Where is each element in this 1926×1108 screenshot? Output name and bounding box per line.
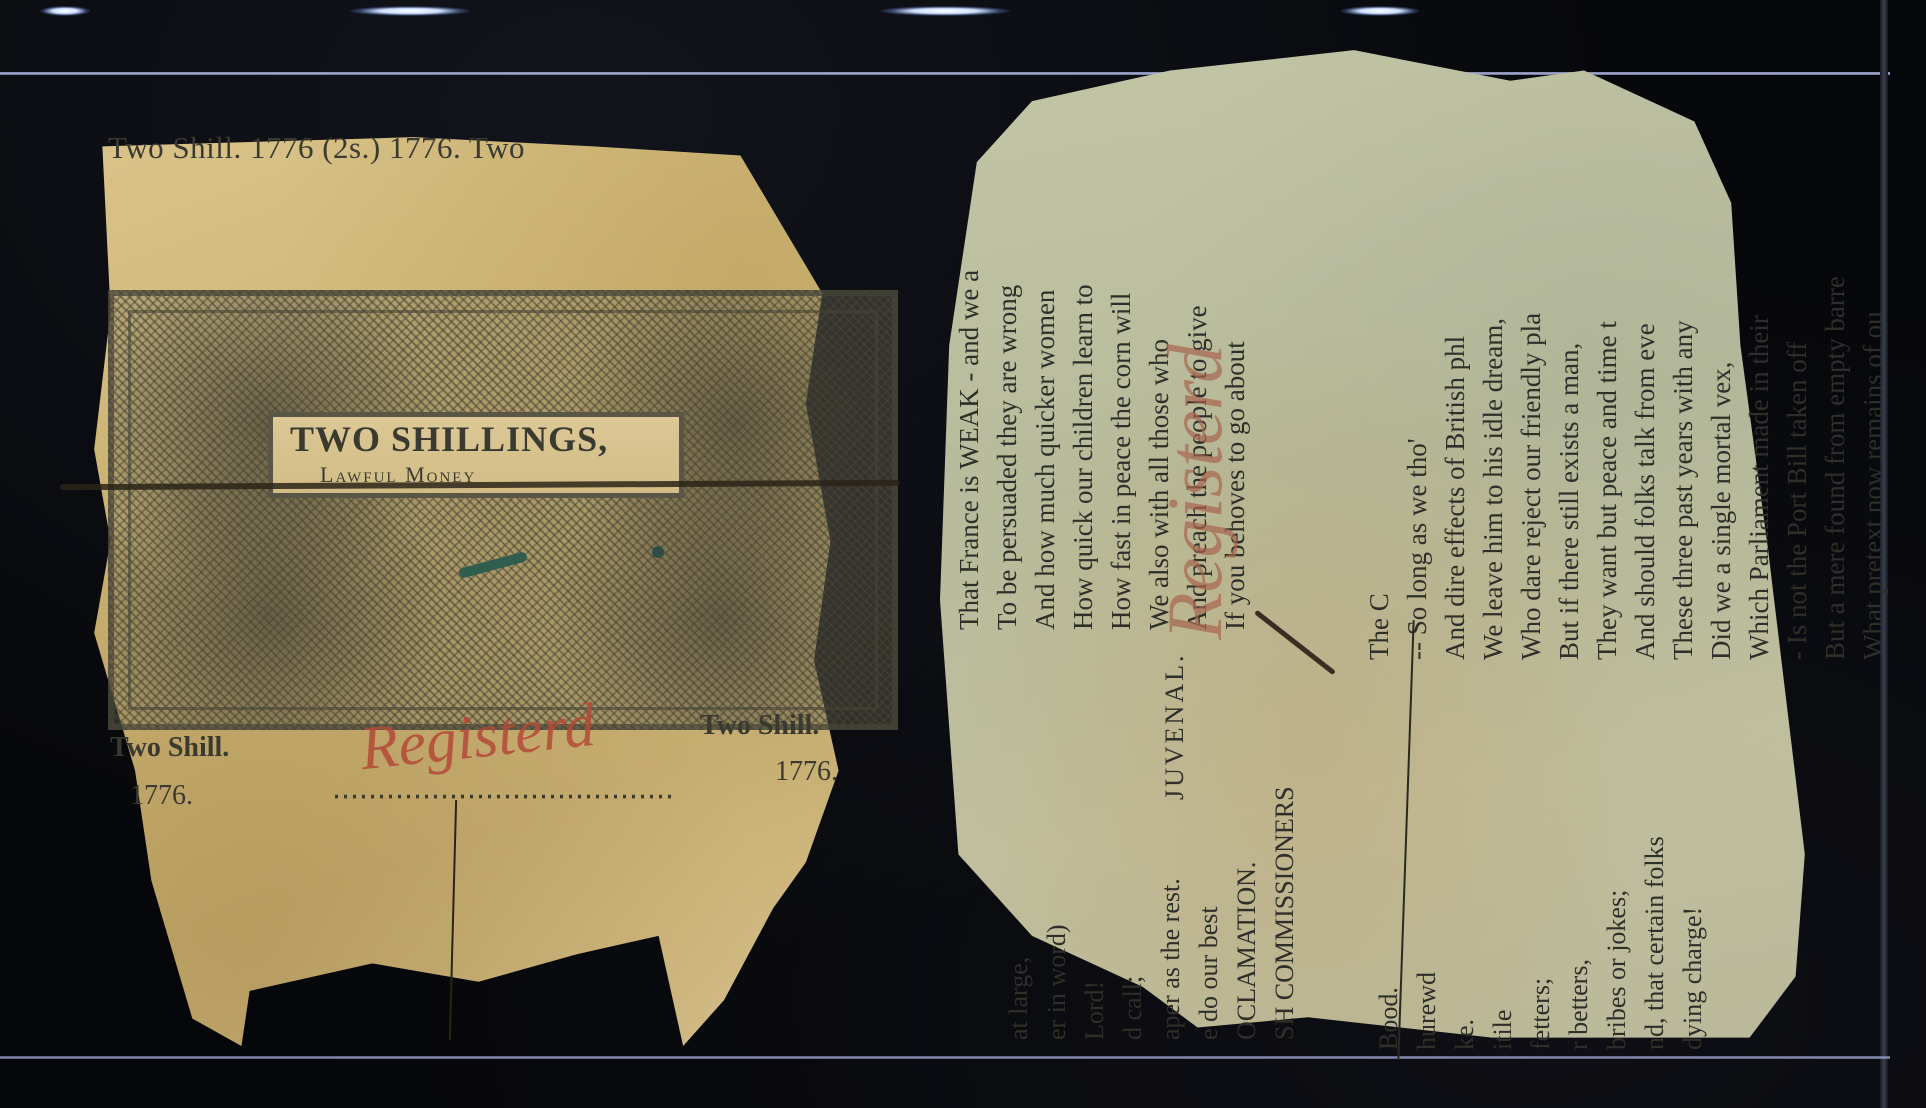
verse-line: d call; <box>1114 600 1152 1040</box>
glare-highlight <box>880 6 1010 16</box>
verse-column-b: The C-- So long as we tho'And dire effec… <box>1360 60 1892 660</box>
verse-line: -- So long as we tho' <box>1398 60 1436 660</box>
verse-line: And should folks talk from eve <box>1626 60 1664 660</box>
verse-line: These three past years with any <box>1664 60 1702 660</box>
verse-line: hurewd <box>1408 650 1446 1050</box>
verse-column-d: Bood.hurewdke.itilefetters;r betters,bri… <box>1370 650 1712 1050</box>
verse-line: How fast in peace the corn will <box>1102 90 1140 630</box>
holder-bottom-edge <box>0 1056 1890 1059</box>
glare-highlight <box>1340 6 1420 16</box>
verse-line: They want but peace and time t <box>1588 60 1626 660</box>
verse-line: at large, <box>1000 600 1038 1040</box>
verse-line: And dire effects of British phl <box>1436 60 1474 660</box>
verse-line: What pretext now remains of ou <box>1854 60 1892 660</box>
verse-line: Bood. <box>1370 650 1408 1050</box>
bottom-left-label: Two Shill. <box>110 732 229 764</box>
verse-line: How quick our children learn to <box>1064 90 1102 630</box>
repair-rivet <box>652 546 664 558</box>
verse-line: Did we a single mortal vex, <box>1702 60 1740 660</box>
verse-line: dying charge! <box>1674 650 1712 1050</box>
verse-line: fetters; <box>1522 650 1560 1050</box>
verse-line: OCLAMATION. <box>1228 600 1266 1040</box>
verse-line: nd, that certain folks <box>1636 650 1674 1050</box>
verse-line: To be persuaded they are wrong <box>988 90 1026 630</box>
verse-line: And how much quicker women <box>1026 90 1064 630</box>
verse-line: But if there still exists a man, <box>1550 60 1588 660</box>
glare-highlight <box>40 6 90 16</box>
verse-line: That France is WEAK - and we a <box>950 90 988 630</box>
verse-line: But a mere found from empty barre <box>1816 60 1854 660</box>
top-border-text: Two Shill. 1776 (2s.) 1776. Two <box>108 130 525 166</box>
verse-line: - Is not the Port Bill taken off <box>1778 60 1816 660</box>
engraved-border-panel <box>108 290 898 730</box>
verse-line: r betters, <box>1560 650 1598 1050</box>
registered-handwriting-fragment: Registerd <box>1150 344 1240 640</box>
verse-line: Who dare reject our friendly pla <box>1512 60 1550 660</box>
bottom-left-year: 1776. <box>130 780 193 812</box>
verse-line: er in word) <box>1038 600 1076 1040</box>
verse-line: bribes or jokes; <box>1598 650 1636 1050</box>
bottom-right-label: Two Shill. <box>700 710 819 742</box>
verse-line: We leave him to his idle dream, <box>1474 60 1512 660</box>
verse-line: itile <box>1484 650 1522 1050</box>
verse-line: ke. <box>1446 650 1484 1050</box>
verse-line: SH COMMISSIONERS <box>1266 600 1304 1040</box>
verse-line: Lord! <box>1076 600 1114 1040</box>
verse-line: e do our best <box>1190 600 1228 1040</box>
glare-highlight <box>350 6 470 16</box>
verse-line: The C <box>1360 60 1398 660</box>
bottom-right-year: 1776. <box>775 756 838 788</box>
verse-column-c: at large,er in word)Lord!d call;aper as … <box>1000 600 1304 1040</box>
verse-line: Which Parliament made in their <box>1740 60 1778 660</box>
denomination-text: TWO SHILLINGS, <box>290 418 608 460</box>
